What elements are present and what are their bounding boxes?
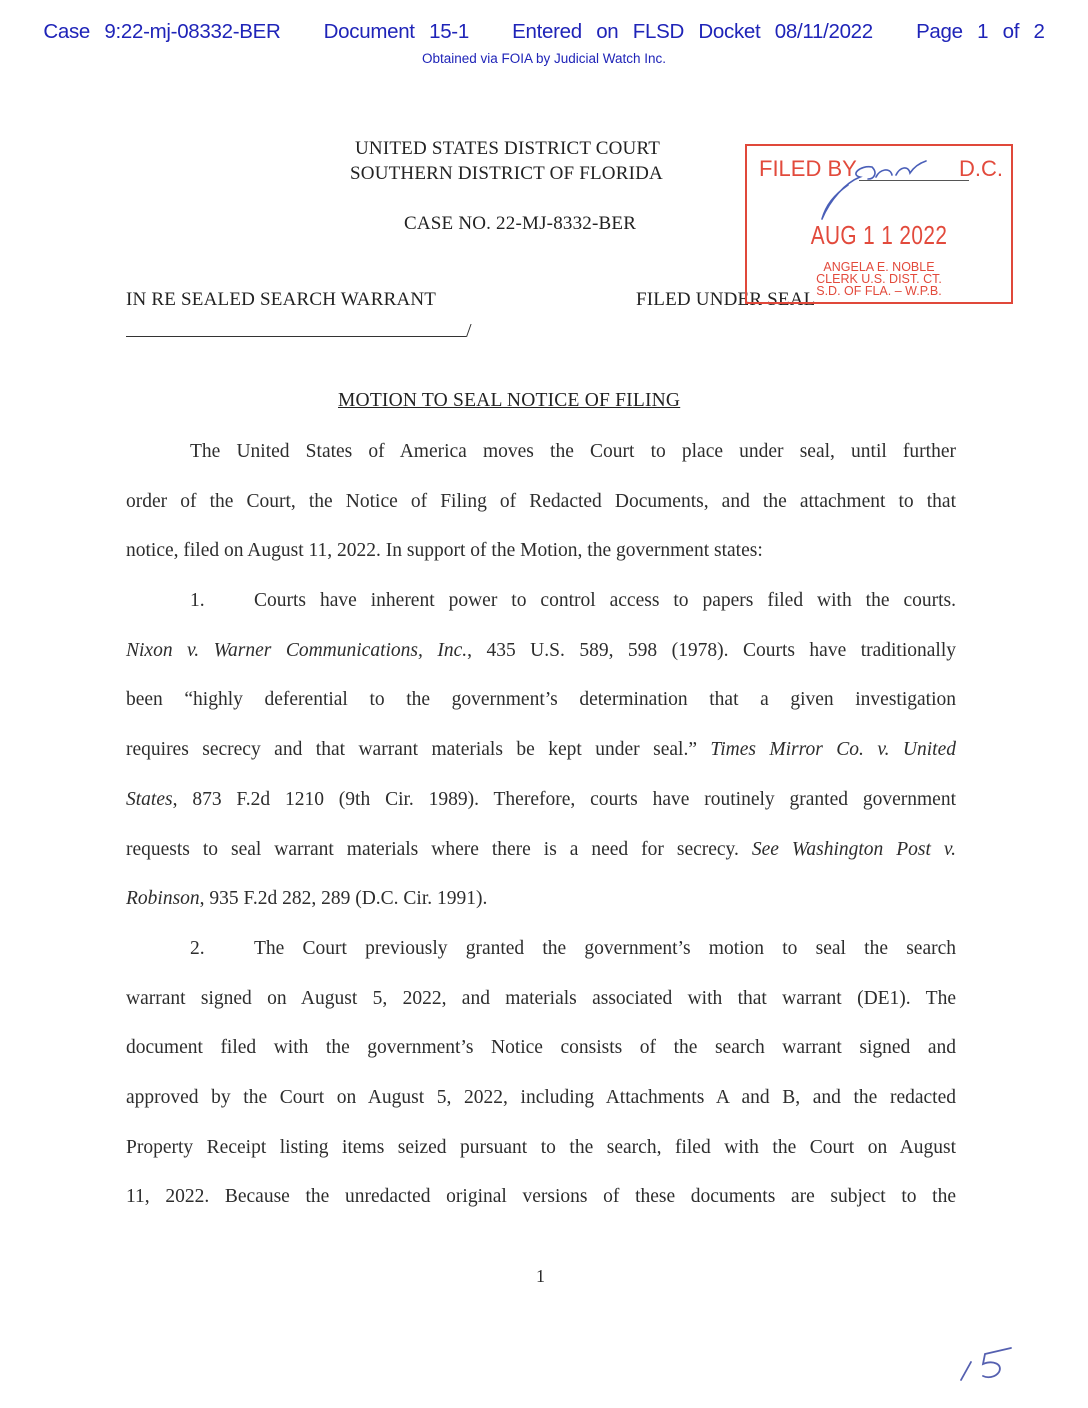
stamp-clerk-district: S.D. OF FLA. – W.P.B. bbox=[747, 285, 1011, 297]
intro-line: order of the Court, the Notice of Filing… bbox=[126, 477, 956, 527]
paragraph-1-line: Nixon v. Warner Communications, Inc., 43… bbox=[126, 626, 956, 676]
case-citation: States bbox=[126, 789, 173, 810]
paragraph-1-line: Robinson, 935 F.2d 282, 289 (D.C. Cir. 1… bbox=[126, 874, 956, 924]
paragraph-1-line: been “highly deferential to the governme… bbox=[126, 675, 956, 725]
paragraph-2-line: document filed with the government’s Not… bbox=[126, 1023, 956, 1073]
caption-divider-line bbox=[126, 336, 466, 337]
court-name-line-1: UNITED STATES DISTRICT COURT bbox=[355, 138, 660, 160]
paragraph-number: 1. bbox=[190, 576, 254, 626]
intro-line: notice, filed on August 11, 2022. In sup… bbox=[126, 526, 956, 576]
court-name-line-2: SOUTHERN DISTRICT OF FLORIDA bbox=[350, 163, 663, 185]
paragraph-1-line: requests to seal warrant materials where… bbox=[126, 825, 956, 875]
caption-slash: / bbox=[466, 320, 472, 343]
paragraph-1-line: 1.Courts have inherent power to control … bbox=[126, 576, 956, 626]
page-number: 1 bbox=[536, 1266, 545, 1287]
paragraph-2-line: 2.The Court previously granted the gover… bbox=[126, 924, 956, 974]
paragraph-2-line: 11, 2022. Because the unredacted origina… bbox=[126, 1172, 956, 1222]
paragraph-1-line: requires secrecy and that warrant materi… bbox=[126, 725, 956, 775]
handwritten-docket-number-icon bbox=[955, 1336, 1025, 1386]
paragraph-2-line: Property Receipt listing items seized pu… bbox=[126, 1123, 956, 1173]
motion-title: MOTION TO SEAL NOTICE OF FILING bbox=[338, 390, 680, 412]
paragraph-1-line: States, 873 F.2d 1210 (9th Cir. 1989). T… bbox=[126, 775, 956, 825]
clerk-signature-icon bbox=[800, 155, 940, 225]
case-citation: See Washington Post v. bbox=[752, 839, 956, 860]
intro-line: The United States of America moves the C… bbox=[126, 427, 956, 477]
docket-header: Case 9:22-mj-08332-BER Document 15-1 Ent… bbox=[0, 20, 1088, 44]
case-citation: Robinson bbox=[126, 888, 200, 909]
case-citation: Nixon v. Warner Communications, Inc. bbox=[126, 640, 467, 661]
matter-title: IN RE SEALED SEARCH WARRANT bbox=[126, 289, 436, 311]
motion-body: The United States of America moves the C… bbox=[126, 427, 956, 1222]
case-citation: Times Mirror Co. v. United bbox=[710, 739, 956, 760]
paragraph-2-line: warrant signed on August 5, 2022, and ma… bbox=[126, 974, 956, 1024]
stamp-clerk-block: ANGELA E. NOBLE CLERK U.S. DIST. CT. S.D… bbox=[747, 261, 1011, 297]
foia-note: Obtained via FOIA by Judicial Watch Inc. bbox=[0, 51, 1088, 66]
paragraph-number: 2. bbox=[190, 924, 254, 974]
case-number: CASE NO. 22-MJ-8332-BER bbox=[404, 213, 636, 235]
paragraph-2-line: approved by the Court on August 5, 2022,… bbox=[126, 1073, 956, 1123]
stamp-dc: D.C. bbox=[959, 156, 1003, 182]
